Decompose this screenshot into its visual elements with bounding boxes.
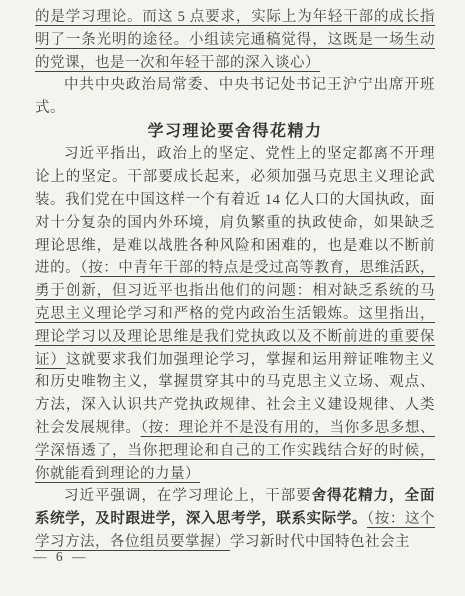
paragraph: 习近平强调，在学习理论上，干部要舍得花精力，全面系统学，及时跟进学，深入思考学，…	[35, 485, 435, 553]
paragraph: 习近平指出，政治上的坚定、党性上的坚定都离不开理论上的坚定。干部要成长起来，必须…	[35, 143, 435, 485]
paragraph: 的是学习理论。而这 5 点要求，实际上为年轻干部的成长指明了一条光明的途径。小组…	[35, 6, 435, 74]
paragraph: 中共中央政治局常委、中央书记处书记王沪宁出席开班式。	[35, 74, 435, 120]
document-page: 的是学习理论。而这 5 点要求，实际上为年轻干部的成长指明了一条光明的途径。小组…	[0, 0, 465, 596]
body-text: 中共中央政治局常委、中央书记处书记王沪宁出席开班式。	[35, 77, 435, 116]
annotation-text: 的是学习理论。而这 5 点要求，实际上为年轻干部的成长指明了一条光明的途径。小组…	[35, 9, 435, 71]
body-text: 学习新时代中国特色社会主	[230, 534, 410, 550]
body-text: 习近平强调，在学习理论上，干部要	[64, 488, 312, 504]
body-text: 习近平指出，政治上的坚定、党性上的坚定都离不开理论上的坚定。干部要成长起来，必须…	[35, 146, 435, 276]
document-body: 的是学习理论。而这 5 点要求，实际上为年轻干部的成长指明了一条光明的途径。小组…	[35, 6, 435, 554]
page-number: — 6 —	[33, 549, 89, 565]
section-heading: 学习理论要舍得花精力	[35, 120, 435, 144]
